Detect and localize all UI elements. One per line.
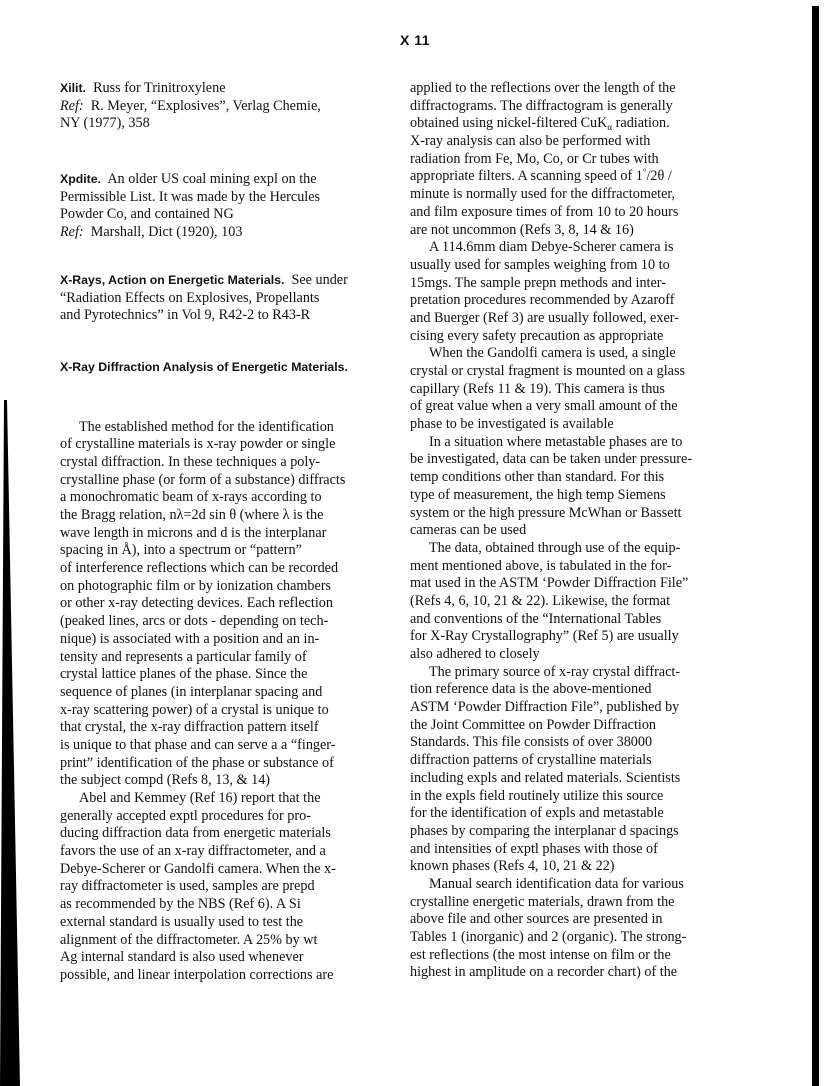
- text-line: Tables 1 (inorganic) and 2 (organic). Th…: [410, 929, 700, 947]
- text-line: external standard is usually used to tes…: [60, 914, 360, 932]
- text-segment: /2θ /: [646, 168, 671, 184]
- text-line: on photographic film or by ionization ch…: [60, 578, 360, 596]
- text-line: mat used in the ASTM ‘Powder Diffraction…: [410, 575, 700, 593]
- text-line: obtained using nickel-filtered CuKα radi…: [410, 115, 700, 133]
- text-line: crystalline energetic materials, drawn f…: [410, 894, 700, 912]
- paragraph-data-tabulation: The data, obtained through use of the eq…: [410, 540, 700, 664]
- text-line: crystal diffraction. In these techniques…: [60, 454, 360, 472]
- scan-edge-left: [0, 400, 22, 1086]
- text-line: for X-Ray Crystallography” (Ref 5) are u…: [410, 628, 700, 646]
- paragraph-gandolfi: When the Gandolfi camera is used, a sing…: [410, 345, 700, 433]
- paragraph-metastable: In a situation where metastable phases a…: [410, 434, 700, 540]
- text-line: for the identification of expls and meta…: [410, 805, 700, 823]
- text-line: tion reference data is the above-mention…: [410, 681, 700, 699]
- right-column: applied to the reflections over the leng…: [410, 80, 700, 982]
- text-line: Standards. This file consists of over 38…: [410, 734, 700, 752]
- text-line: phase to be investigated is available: [410, 416, 700, 434]
- text-segment: radiation.: [612, 115, 670, 131]
- text-line: pretation procedures recommended by Azar…: [410, 292, 700, 310]
- text-line: minute is normally used for the diffract…: [410, 186, 700, 204]
- text-line: x-ray scattering power) of a crystal is …: [60, 702, 360, 720]
- text-line: print” identification of the phase or su…: [60, 755, 360, 773]
- text-line: including expls and related materials. S…: [410, 770, 700, 788]
- entry-term: Xilit.: [60, 81, 86, 95]
- text-line: alignment of the diffractometer. A 25% b…: [60, 932, 360, 950]
- text-line: The established method for the identific…: [60, 419, 360, 437]
- ref-label: Ref:: [60, 224, 84, 240]
- text-line: crystalline phase (or form of a substanc…: [60, 472, 360, 490]
- text-line: as recommended by the NBS (Ref 6). A Si: [60, 896, 360, 914]
- paragraph-primary-source: The primary source of x-ray crystal diff…: [410, 664, 700, 876]
- text-line: phases by comparing the interplanar d sp…: [410, 823, 700, 841]
- entry-text: See under: [291, 272, 347, 288]
- text-line: In a situation where metastable phases a…: [410, 434, 700, 452]
- text-line: When the Gandolfi camera is used, a sing…: [410, 345, 700, 363]
- text-line: favors the use of an x-ray diffractomete…: [60, 843, 360, 861]
- text-line: Debye-Scherer or Gandolfi camera. When t…: [60, 861, 360, 879]
- entry-xilit: Xilit. Russ for Trinitroxylene Ref: R. M…: [60, 80, 360, 133]
- text-line: and conventions of the “International Ta…: [410, 611, 700, 629]
- text-line: temp conditions other than standard. For…: [410, 469, 700, 487]
- entry-line: Xilit. Russ for Trinitroxylene: [60, 80, 360, 98]
- text-line: Ag internal standard is also used whenev…: [60, 949, 360, 967]
- paragraph-established-method: The established method for the identific…: [60, 419, 360, 790]
- entry-line: and Pyrotechnics” in Vol 9, R42-2 to R43…: [60, 307, 360, 325]
- ref-text: Marshall, Dict (1920), 103: [91, 224, 243, 240]
- text-line: ment mentioned above, is tabulated in th…: [410, 558, 700, 576]
- text-line: a monochromatic beam of x-rays according…: [60, 489, 360, 507]
- text-line: and intensities of exptl phases with tho…: [410, 841, 700, 859]
- entry-line: Xpdite. An older US coal mining expl on …: [60, 171, 360, 189]
- ref-text: R. Meyer, “Explosives”, Verlag Chemie,: [91, 98, 321, 114]
- text-line: Manual search identification data for va…: [410, 876, 700, 894]
- entry-term: X-Ray Diffraction Analysis of Energetic …: [60, 359, 360, 377]
- entry-xray-diffraction: X-Ray Diffraction Analysis of Energetic …: [60, 359, 360, 377]
- text-line: (peaked lines, arcs or dots - depending …: [60, 613, 360, 631]
- text-line: type of measurement, the high temp Sieme…: [410, 487, 700, 505]
- text-line: and film exposure times of from 10 to 20…: [410, 204, 700, 222]
- entry-line: X-Rays, Action on Energetic Materials. S…: [60, 272, 360, 290]
- text-line: cising every safety precaution as approp…: [410, 328, 700, 346]
- text-line: The primary source of x-ray crystal diff…: [410, 664, 700, 682]
- text-line: appropriate filters. A scanning speed of…: [410, 168, 700, 186]
- text-line: system or the high pressure McWhan or Ba…: [410, 505, 700, 523]
- paragraph-continuation: applied to the reflections over the leng…: [410, 80, 700, 239]
- text-line: spacing in Å), into a spectrum or “patte…: [60, 542, 360, 560]
- entry-text: Russ for Trinitroxylene: [93, 80, 225, 96]
- text-line: or other x-ray detecting devices. Each r…: [60, 595, 360, 613]
- paragraph-debye-scherer: A 114.6mm diam Debye-Scherer camera is u…: [410, 239, 700, 345]
- ref-line: NY (1977), 358: [60, 115, 360, 133]
- text-line: be investigated, data can be taken under…: [410, 451, 700, 469]
- text-line: highest in amplitude on a recorder chart…: [410, 964, 700, 982]
- text-line: wave length in microns and d is the inte…: [60, 525, 360, 543]
- scan-edge-right: [812, 6, 819, 1086]
- text-line: usually used for samples weighing from 1…: [410, 257, 700, 275]
- text-line: above file and other sources are present…: [410, 911, 700, 929]
- text-line: crystal lattice planes of the phase. Sin…: [60, 666, 360, 684]
- text-line: X-ray analysis can also be performed wit…: [410, 133, 700, 151]
- text-line: of interference reflections which can be…: [60, 560, 360, 578]
- text-line: applied to the reflections over the leng…: [410, 80, 700, 98]
- paragraph-abel-kemmey: Abel and Kemmey (Ref 16) report that the…: [60, 790, 360, 985]
- text-line: in the expls field routinely utilize thi…: [410, 788, 700, 806]
- text-line: (Refs 4, 6, 10, 21 & 22). Likewise, the …: [410, 593, 700, 611]
- text-line: capillary (Refs 11 & 19). This camera is…: [410, 381, 700, 399]
- text-line: diffractograms. The diffractogram is gen…: [410, 98, 700, 116]
- text-line: the Joint Committee on Powder Diffractio…: [410, 717, 700, 735]
- text-line: tensity and represents a particular fami…: [60, 649, 360, 667]
- text-line: sequence of planes (in interplanar spaci…: [60, 684, 360, 702]
- ref-line: Ref: Marshall, Dict (1920), 103: [60, 224, 360, 242]
- entry-xrays-action: X-Rays, Action on Energetic Materials. S…: [60, 272, 360, 325]
- left-column: Xilit. Russ for Trinitroxylene Ref: R. M…: [60, 80, 360, 985]
- entry-xpdite: Xpdite. An older US coal mining expl on …: [60, 171, 360, 242]
- text-line: A 114.6mm diam Debye-Scherer camera is: [410, 239, 700, 257]
- entry-line: Powder Co, and contained NG: [60, 206, 360, 224]
- text-segment: obtained using nickel-filtered CuK: [410, 115, 607, 131]
- text-line: of great value when a very small amount …: [410, 398, 700, 416]
- text-line: crystal or crystal fragment is mounted o…: [410, 363, 700, 381]
- text-line: Abel and Kemmey (Ref 16) report that the: [60, 790, 360, 808]
- text-line: ducing diffraction data from energetic m…: [60, 825, 360, 843]
- paragraph-manual-search: Manual search identification data for va…: [410, 876, 700, 982]
- text-line: ray diffractometer is used, samples are …: [60, 878, 360, 896]
- ref-line: Ref: R. Meyer, “Explosives”, Verlag Chem…: [60, 98, 360, 116]
- text-line: of crystalline materials is x-ray powder…: [60, 436, 360, 454]
- text-line: the Bragg relation, nλ=2d sin θ (where λ…: [60, 507, 360, 525]
- text-line: diffraction patterns of crystalline mate…: [410, 752, 700, 770]
- text-line: also adhered to closely: [410, 646, 700, 664]
- ref-label: Ref:: [60, 98, 84, 114]
- text-segment: appropriate filters. A scanning speed of…: [410, 168, 643, 184]
- text-line: that crystal, the x-ray diffraction patt…: [60, 719, 360, 737]
- text-line: known phases (Refs 4, 10, 21 & 22): [410, 858, 700, 876]
- text-line: radiation from Fe, Mo, Co, or Cr tubes w…: [410, 151, 700, 169]
- text-line: cameras can be used: [410, 522, 700, 540]
- text-line: ASTM ‘Powder Diffraction File”, publishe…: [410, 699, 700, 717]
- text-line: 15mgs. The sample prepn methods and inte…: [410, 275, 700, 293]
- text-line: est reflections (the most intense on fil…: [410, 947, 700, 965]
- entry-text: An older US coal mining expl on the: [107, 171, 316, 187]
- text-line: nique) is associated with a position and…: [60, 631, 360, 649]
- page-number: X 11: [0, 32, 830, 48]
- entry-term: Xpdite.: [60, 172, 101, 186]
- text-line: possible, and linear interpolation corre…: [60, 967, 360, 985]
- entry-term: X-Rays, Action on Energetic Materials.: [60, 273, 284, 287]
- text-line: and Buerger (Ref 3) are usually followed…: [410, 310, 700, 328]
- text-line: the subject compd (Refs 8, 13, & 14): [60, 772, 360, 790]
- text-line: is unique to that phase and can serve a …: [60, 737, 360, 755]
- entry-line: “Radiation Effects on Explosives, Propel…: [60, 290, 360, 308]
- text-line: generally accepted exptl procedures for …: [60, 808, 360, 826]
- text-line: are not uncommon (Refs 3, 8, 14 & 16): [410, 222, 700, 240]
- text-line: The data, obtained through use of the eq…: [410, 540, 700, 558]
- entry-line: Permissible List. It was made by the Her…: [60, 189, 360, 207]
